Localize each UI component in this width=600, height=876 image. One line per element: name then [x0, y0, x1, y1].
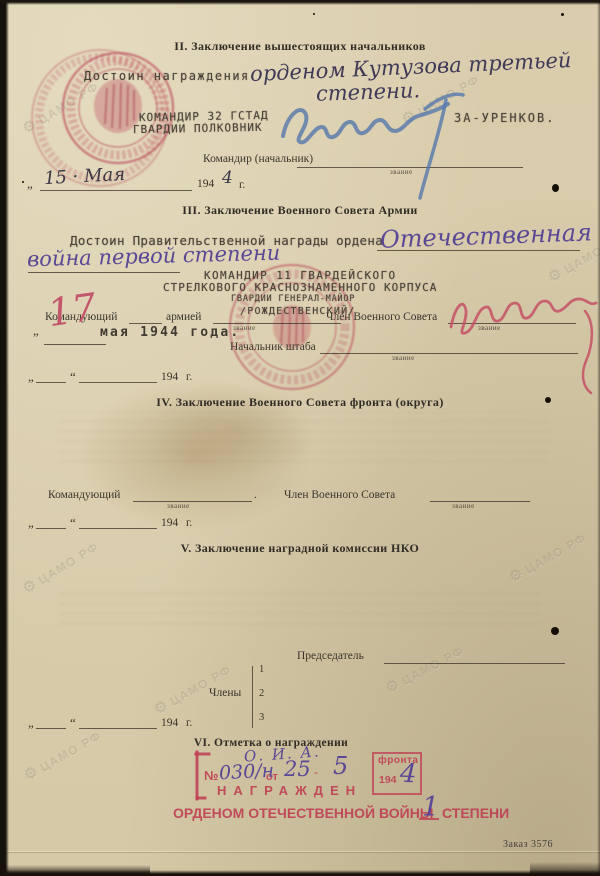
handwritten-order-name-line1: Отечественная [380, 219, 593, 253]
paper-hole [552, 184, 559, 192]
date-line [40, 190, 192, 191]
section4-heading: IV. Заключение Военного Совета фронта (о… [0, 396, 600, 409]
paper-speck [313, 13, 315, 15]
signature-line [133, 501, 252, 502]
rank-caption: звание [452, 503, 475, 511]
handwritten-underline [28, 272, 180, 273]
close-quote: “ [70, 370, 76, 384]
award-document-page: ⚙ЦАМО РФ ⚙ЦАМО РФ ⚙ЦАМО РФ ⚙ЦАМО РФ ⚙ЦАМ… [0, 0, 600, 876]
fill-in-line [377, 250, 580, 251]
day-line [36, 528, 66, 529]
stamp-order-name-part1: ОРДЕНОМ ОТЕЧЕСТВЕННОЙ ВОЙНЫ [173, 806, 434, 821]
red-pencil-autograph [451, 299, 596, 393]
watermark-label: ЦАМО РФ [36, 80, 101, 128]
month-line [79, 728, 157, 729]
stamp-year-194: 194 [379, 775, 397, 787]
printed-year-194: 194 [161, 717, 178, 730]
archive-watermark: ⚙ЦАМО РФ [383, 643, 467, 698]
year-g-label: г. [186, 517, 192, 530]
member-number-1: 1 [259, 664, 264, 676]
watermark-label: ЦАМО РФ [168, 663, 234, 709]
printed-year-194: 194 [161, 371, 178, 384]
rank-caption: звание [478, 325, 501, 333]
ink-showthrough [60, 586, 540, 632]
rank-caption: звание [167, 503, 190, 511]
handwritten-year-digit: 4 [222, 169, 233, 188]
army-label: армией [166, 311, 201, 324]
typed-surname-urenkov: ЗА-УРЕНКОВ. [454, 112, 555, 125]
handwritten-award-line2: степени. [316, 79, 421, 106]
day-line [36, 728, 66, 729]
close-quote: “ [70, 716, 76, 730]
signature-line [320, 353, 578, 354]
open-quote: „ [33, 324, 39, 338]
stamp-text-guards-colonel: ГВАРДИИ ПОЛКОВНИК [133, 122, 263, 136]
stamped-date-may-1944: мая 1944 года. [100, 326, 240, 340]
open-quote: „ [27, 177, 33, 191]
stamp-text-guards-major-general: ГВАРДИИ ГЕНЕРАЛ-МАЙОР [231, 295, 355, 304]
year-g-label: г. [186, 371, 192, 384]
stamp-order-name-part2: СТЕПЕНИ [442, 806, 509, 821]
date-line [44, 344, 106, 345]
typed-award-suitability: Достоин награждения [84, 70, 250, 83]
stamp-awarded-label: НАГРАЖДЕН [217, 784, 362, 798]
members-label: Члены [209, 687, 241, 700]
period-dot: . [254, 489, 257, 502]
print-order-note: Заказ 3576 [503, 839, 553, 850]
archive-watermark: ⚙ЦАМО РФ [507, 529, 590, 587]
handwritten-day-25: 25 [284, 758, 311, 781]
paper-hole [545, 397, 551, 403]
rank-caption: звание [390, 169, 413, 177]
month-line [79, 382, 157, 383]
close-quote: “ [70, 516, 76, 530]
stamp-dash: - [314, 766, 318, 779]
day-line [36, 382, 66, 383]
scan-edge-top [0, 0, 600, 5]
scan-edge-bottom-right [530, 862, 600, 876]
scan-edge-left [0, 0, 9, 876]
month-line [79, 528, 157, 529]
section5-heading: V. Заключение наградной комиссии НКО [0, 542, 600, 555]
handwritten-order-number: 030/н [218, 761, 274, 785]
signature-line [448, 323, 576, 324]
year-g-label: г. [239, 179, 245, 192]
paper-hole [551, 627, 559, 635]
army-number-line [129, 323, 162, 324]
signature-line [430, 501, 530, 502]
open-quote: „ [28, 716, 34, 730]
year-g-label: г. [186, 717, 192, 730]
ink-showthrough [58, 412, 550, 470]
member-number-2: 2 [259, 688, 264, 700]
stamp-number-sign: № [204, 769, 219, 783]
handwritten-year-digit: 4 [400, 760, 418, 789]
military-council-member-label: Член Военного Совета [284, 489, 395, 502]
printed-year-194: 194 [197, 178, 214, 191]
handwritten-degree-1: 1 [422, 793, 439, 823]
watermark-label: ЦАМО РФ [38, 729, 104, 775]
rank-caption: звание [392, 355, 415, 363]
military-council-member-label: Член Военного Совета [326, 311, 437, 324]
scan-edge-bottom-left [0, 865, 150, 876]
commanding-label: Командующий [48, 489, 120, 502]
stamp-text-commander-11gsk-line2: СТРЕЛКОВОГО КРАСНОЗНАМЕННОГО КОРПУСА [163, 282, 437, 294]
commander-label: Командир (начальник) [203, 153, 313, 166]
open-quote: „ [28, 370, 34, 384]
section3-heading: III. Заключение Военного Совета Армии [0, 204, 600, 217]
handwritten-month-5: 5 [333, 753, 348, 779]
handwritten-red-day-17: 17 [45, 287, 99, 335]
members-bracket-line [252, 666, 253, 728]
watermark-label: ЦАМО РФ [400, 644, 467, 688]
handwritten-date-15-may: 15 · Мая [44, 165, 126, 189]
archive-watermark: ⚙ЦАМО РФ [20, 78, 102, 138]
printed-year-194: 194 [161, 517, 178, 530]
paper-speck [561, 13, 564, 16]
chief-of-staff-label: Начальник штаба [230, 341, 316, 354]
paper-speck [22, 181, 24, 183]
chairman-label: Председатель [297, 650, 364, 663]
signature-line [384, 663, 565, 664]
handwritten-order-name-line2: война первой степени [27, 242, 281, 272]
open-quote: „ [28, 516, 34, 530]
paper-crease [0, 852, 600, 855]
member-number-3: 3 [259, 712, 264, 724]
